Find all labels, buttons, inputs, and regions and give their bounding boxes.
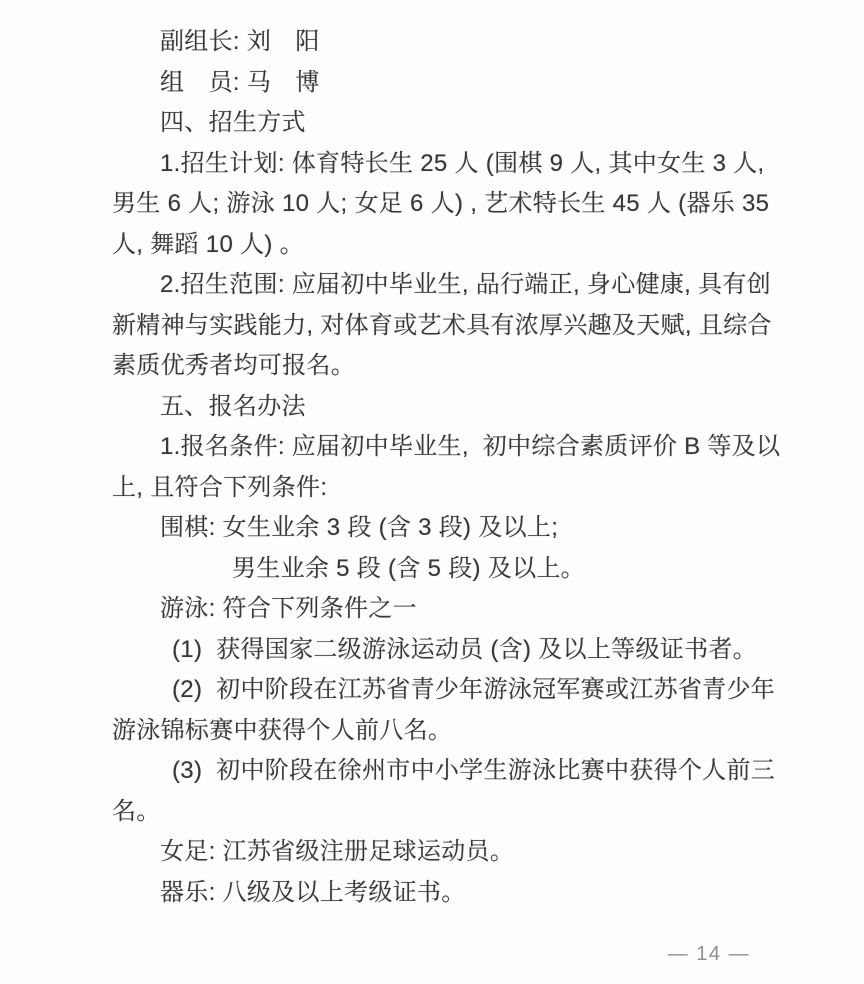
text-line: 围棋: 女生业余 3 段 (含 3 段) 及以上;: [112, 508, 772, 549]
text-line: 组 员: 马 博: [112, 63, 772, 104]
page-number: — 14 —: [668, 943, 750, 966]
text-line: 1.报名条件: 应届初中毕业生, 初中综合素质评价 B 等及以: [112, 427, 772, 468]
text-line: 四、招生方式: [112, 103, 772, 144]
text-line: 游泳: 符合下列条件之一: [112, 589, 772, 630]
document-page: 副组长: 刘 阳组 员: 马 博四、招生方式1.招生计划: 体育特长生 25 人…: [0, 0, 864, 984]
text-line: (1) 获得国家二级游泳运动员 (含) 及以上等级证书者。: [112, 630, 772, 671]
text-line: 五、报名办法: [112, 387, 772, 428]
text-line: 1.招生计划: 体育特长生 25 人 (围棋 9 人, 其中女生 3 人,: [112, 144, 772, 185]
text-line: 人, 舞蹈 10 人) 。: [112, 225, 772, 266]
document-body: 副组长: 刘 阳组 员: 马 博四、招生方式1.招生计划: 体育特长生 25 人…: [112, 22, 772, 913]
text-line: 男生 6 人; 游泳 10 人; 女足 6 人) , 艺术特长生 45 人 (器…: [112, 184, 772, 225]
text-line: 2.招生范围: 应届初中毕业生, 品行端正, 身心健康, 具有创: [112, 265, 772, 306]
text-line: (3) 初中阶段在徐州市中小学生游泳比赛中获得个人前三: [112, 751, 772, 792]
text-line: 上, 且符合下列条件:: [112, 468, 772, 509]
text-line: 器乐: 八级及以上考级证书。: [112, 873, 772, 914]
text-line: 名。: [112, 792, 772, 833]
text-line: 素质优秀者均可报名。: [112, 346, 772, 387]
text-line: 男生业余 5 段 (含 5 段) 及以上。: [112, 549, 772, 590]
text-line: (2) 初中阶段在江苏省青少年游泳冠军赛或江苏省青少年: [112, 670, 772, 711]
text-line: 女足: 江苏省级注册足球运动员。: [112, 832, 772, 873]
text-line: 新精神与实践能力, 对体育或艺术具有浓厚兴趣及天赋, 且综合: [112, 306, 772, 347]
text-line: 副组长: 刘 阳: [112, 22, 772, 63]
text-line: 游泳锦标赛中获得个人前八名。: [112, 711, 772, 752]
